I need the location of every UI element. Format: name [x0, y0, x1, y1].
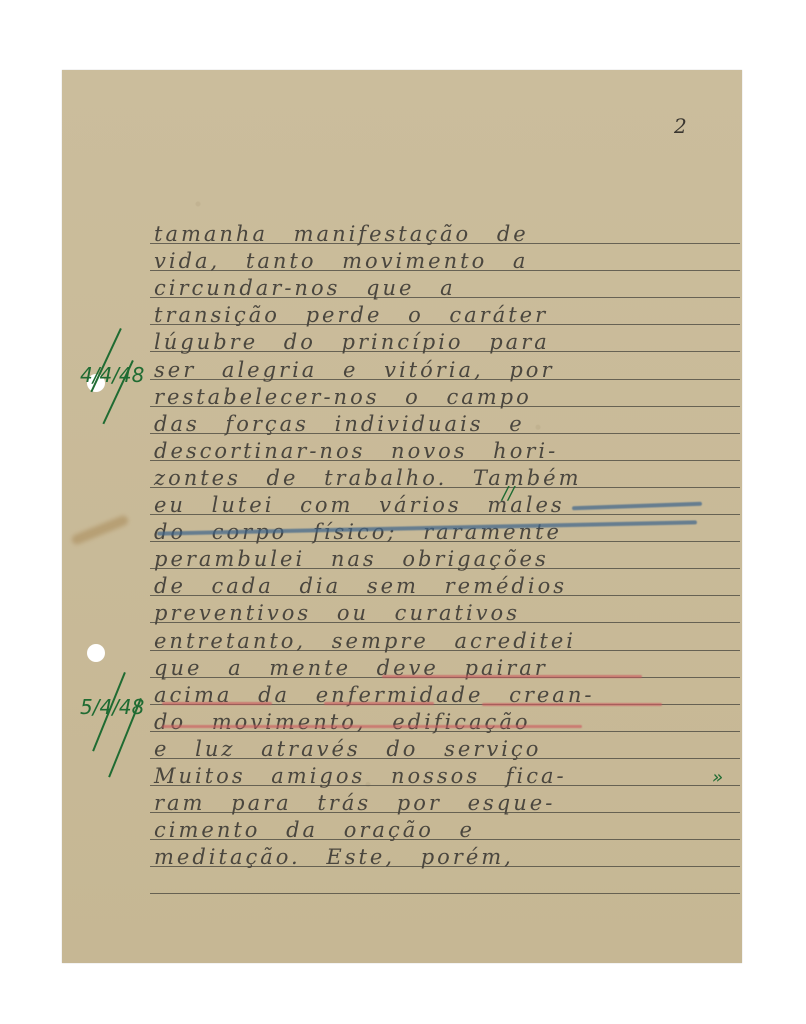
handwritten-line: Muitos amigos nossos fica-	[154, 763, 740, 789]
paper-stain	[70, 514, 129, 546]
handwritten-line: de cada dia sem remédios	[154, 573, 740, 599]
handwritten-line: descortinar-nos novos hori-	[154, 438, 740, 464]
ruled-line	[150, 893, 740, 894]
handwritten-line: preventivos ou curativos	[154, 600, 740, 626]
paragraph-mark: //	[502, 483, 514, 504]
handwritten-line: zontes de trabalho. Também	[154, 465, 740, 491]
handwritten-line: cimento da oração e	[154, 817, 740, 843]
handwritten-line: e luz através do serviço	[154, 736, 740, 762]
handwritten-line: entretanto, sempre acreditei	[154, 628, 740, 654]
page-number: 2	[674, 114, 687, 138]
red-underline-mark	[162, 725, 582, 728]
margin-date-1: 4/4/48	[80, 363, 144, 387]
red-underline-mark	[162, 702, 272, 705]
handwritten-line: tamanha manifestação de	[154, 221, 740, 247]
handwritten-line: perambulei nas obrigações	[154, 546, 740, 572]
handwritten-line: transição perde o caráter	[154, 302, 740, 328]
handwritten-line: das forças individuais e	[154, 411, 740, 437]
red-underline-mark	[324, 702, 434, 705]
handwritten-line: vida, tanto movimento a	[154, 248, 740, 274]
handwritten-line: lúgubre do princípio para	[154, 329, 740, 355]
handwritten-line: meditação. Este, porém,	[154, 844, 740, 870]
handwritten-line: do movimento, edificação	[154, 709, 740, 735]
manuscript-page: 2 tamanha manifestação devida, tanto mov…	[62, 70, 742, 963]
punch-hole-bottom	[87, 644, 105, 662]
handwritten-line: ser alegria e vitória, por	[154, 357, 740, 383]
continuation-mark: »	[712, 767, 723, 788]
handwritten-line: circundar-nos que a	[154, 275, 740, 301]
red-underline-mark	[382, 675, 642, 678]
handwritten-line: ram para trás por esque-	[154, 790, 740, 816]
red-underline-mark	[482, 703, 662, 706]
handwritten-line: restabelecer-nos o campo	[154, 384, 740, 410]
